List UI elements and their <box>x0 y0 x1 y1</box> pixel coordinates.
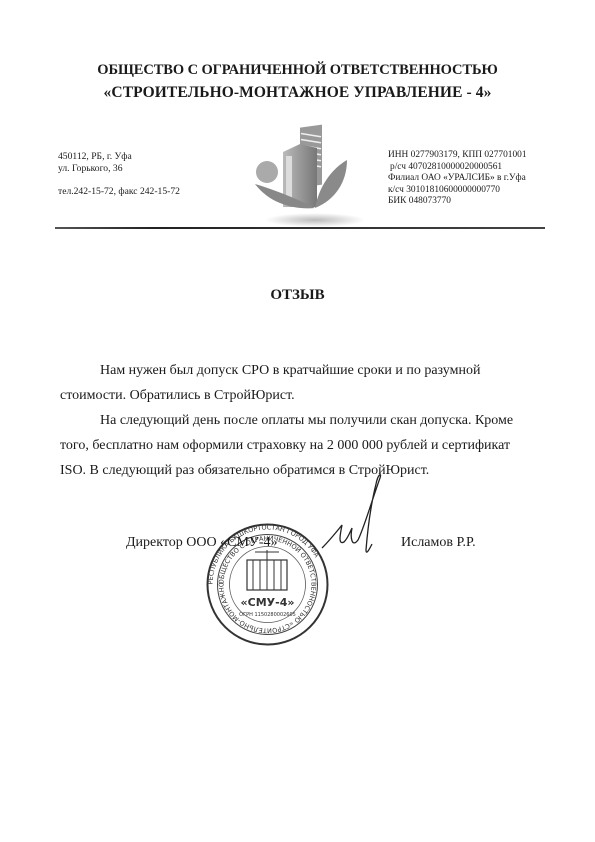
address-line2: ул. Горького, 36 <box>58 163 180 175</box>
paragraph-2: На следующий день после оплаты мы получи… <box>60 408 532 483</box>
paragraph-1: Нам нужен был допуск СРО в кратчайшие ср… <box>60 358 532 408</box>
stamp-ogrn: ОГРН 1150280002605 <box>239 612 296 618</box>
settlement-account: р/сч 40702810000020000561 <box>388 162 527 174</box>
header-divider <box>55 227 545 229</box>
bank-branch: Филиал ОАО «УРАЛСИБ» в г.Уфа <box>388 173 527 185</box>
handwritten-signature-icon <box>320 470 390 560</box>
address-block: 450112, РБ, г. Уфа ул. Горького, 36 тел.… <box>58 151 180 198</box>
bik: БИК 048073770 <box>388 196 527 208</box>
bank-details: ИНН 0277903179, КПП 027701001 р/сч 40702… <box>388 150 527 208</box>
signatory-name: Исламов Р.Р. <box>401 535 476 551</box>
building-leaves-logo-icon <box>255 112 380 230</box>
address-line1: 450112, РБ, г. Уфа <box>58 151 180 163</box>
org-name-line2: «СТРОИТЕЛЬНО-МОНТАЖНОЕ УПРАВЛЕНИЕ - 4» <box>0 84 595 102</box>
correspondent-account: к/сч 30101810600000000770 <box>388 185 527 197</box>
org-name-line1: ОБЩЕСТВО С ОГРАНИЧЕННОЙ ОТВЕТСТВЕННОСТЬЮ <box>0 62 595 79</box>
stamp-center-text: «СМУ-4» <box>241 596 295 609</box>
document-title: ОТЗЫВ <box>0 287 595 304</box>
phone-fax: тел.242-15-72, факс 242-15-72 <box>58 186 180 198</box>
signatory-position: Директор ООО «СМУ-4» <box>126 535 278 551</box>
inn-kpp: ИНН 0277903179, КПП 027701001 <box>388 150 527 162</box>
